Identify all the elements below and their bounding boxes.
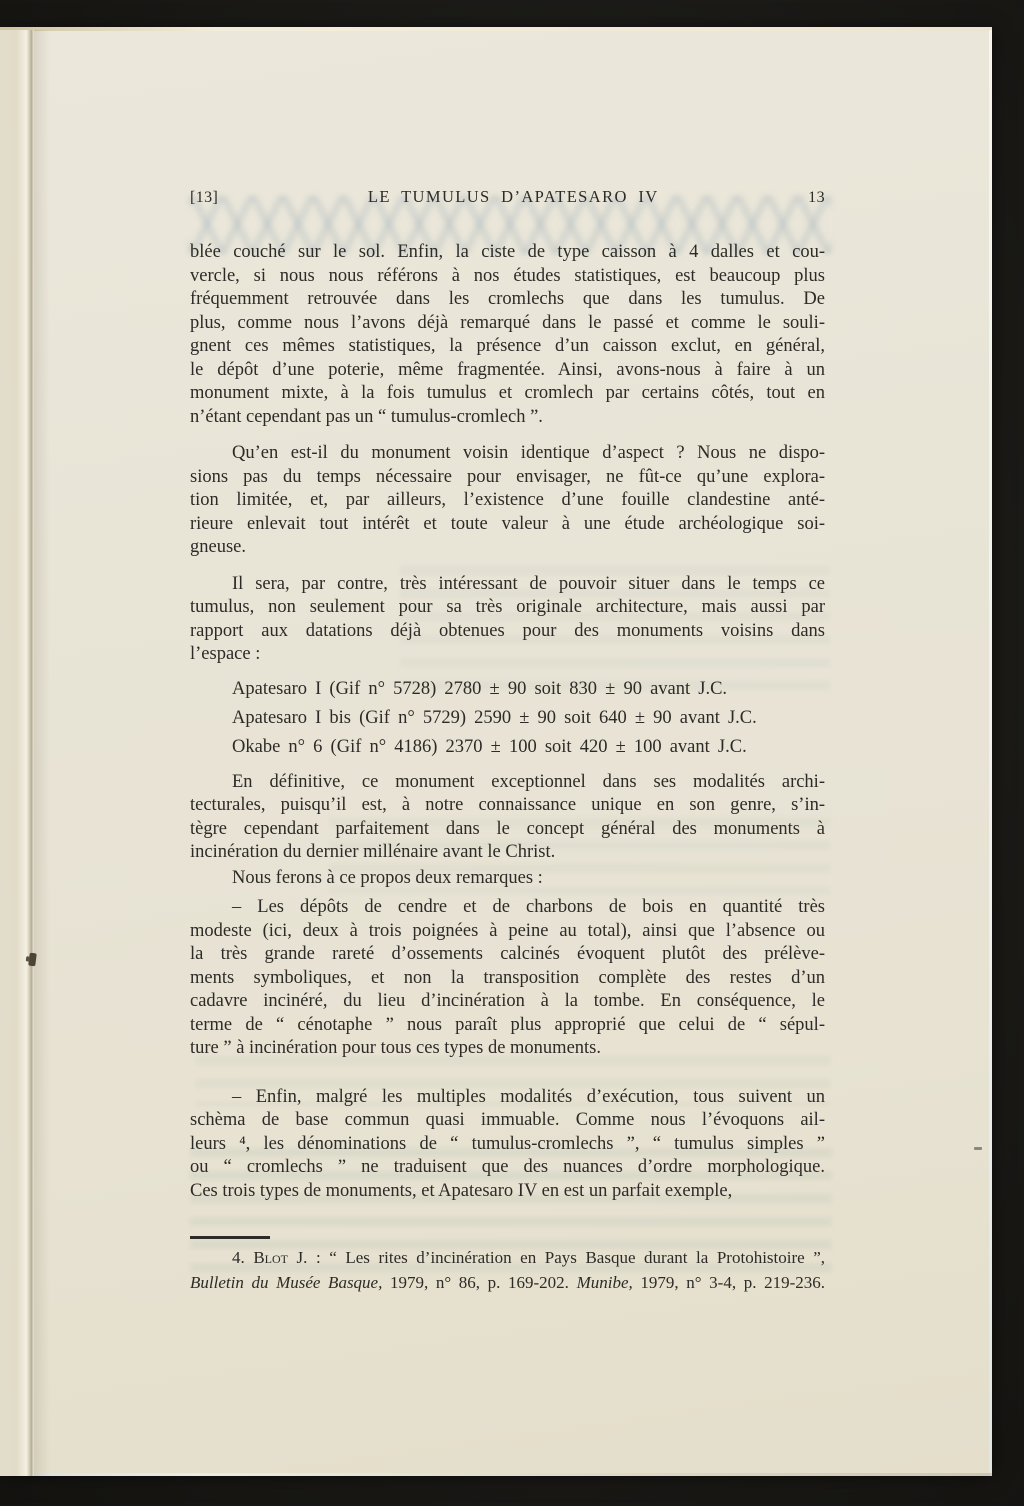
text-line: n’étant cependant pas un “ tumulus-croml… [190,406,825,430]
text-line: – Les dépôts de cendre et de charbons de… [190,896,825,920]
text-line: l’espace : [190,643,825,667]
footnote-line: Bulletin du Musée Basque, 1979, n° 86, p… [190,1271,825,1296]
paper-blemish [974,1147,982,1150]
text-line: rieure enlevait tout intérêt et toute va… [190,513,825,537]
footnote-rule [190,1236,270,1239]
body-paragraph: – Enfin, malgré les multiples modalités … [190,1086,825,1204]
text-line: le dépôt d’une poterie, même fragmentée.… [190,359,825,383]
page-body-text: blée couché sur le sol. Enfin, la ciste … [190,241,825,1203]
footnote-marker: 4. [232,1248,245,1267]
text-line: – Enfin, malgré les multiples modalités … [190,1086,825,1110]
text-line: vercle, si nous nous référons à nos étud… [190,265,825,289]
text-line: tecturales, puisqu’il est, à notre conna… [190,794,825,818]
footnote: 4. Blot J. : “ Les rites d’incinération … [190,1246,825,1295]
footnote-reference: 1979, n° 3-4, p. 219-236. [640,1273,825,1292]
text-line: rapport aux datations déjà obtenues pour… [190,620,825,644]
text-line: Nous ferons à ce propos deux remarques : [190,867,825,891]
binding-gutter [0,30,34,1476]
text-line: gnent ces mêmes statistiques, la présenc… [190,335,825,359]
body-paragraph: Qu’en est-il du monument voisin identiqu… [190,442,825,560]
page-number: 13 [808,187,825,209]
footnote-author: Blot [253,1248,288,1267]
datation-list: Apatesaro I (Gif n° 5728) 2780 ± 90 soit… [190,675,825,762]
body-paragraph: – Les dépôts de cendre et de charbons de… [190,896,825,1061]
body-paragraph: Nous ferons à ce propos deux remarques : [190,867,825,891]
text-line: Okabe n° 6 (Gif n° 4186) 2370 ± 100 soit… [190,733,825,762]
text-line: Ces trois types de monuments, et Apatesa… [190,1180,825,1204]
text-line: tègre cependant parfaitement dans le con… [190,818,825,842]
footnote-line: 4. Blot J. : “ Les rites d’incinération … [190,1246,825,1271]
text-line: schèma de base commun quasi immuable. Co… [190,1109,825,1133]
footnote-quote: “ Les rites d’incinération en Pays Basqu… [329,1248,825,1267]
text-line: Il sera, par contre, très intéressant de… [190,573,825,597]
text-line: gneuse. [190,536,825,560]
body-paragraph: Il sera, par contre, très intéressant de… [190,573,825,667]
text-line: Apatesaro I bis (Gif n° 5729) 2590 ± 90 … [190,704,825,733]
footnote-reference: 1979, n° 86, p. 169-202. [390,1273,569,1292]
footnote-source: Munibe, [577,1273,633,1292]
text-line: ments symboliques, et non la transpositi… [190,967,825,991]
text-line: Qu’en est-il du monument voisin identiqu… [190,442,825,466]
text-line: sions pas du temps nécessaire pour envis… [190,466,825,490]
text-line: Apatesaro I (Gif n° 5728) 2780 ± 90 soit… [190,675,825,704]
page-right-edge [989,30,992,1476]
footnote-author-initial: J. : [297,1248,321,1267]
text-column: [13] LE TUMULUS D’APATESARO IV 13 blée c… [190,186,825,1295]
text-line: ture ” à incinération pour tous ces type… [190,1037,825,1061]
footnote-source: Bulletin du Musée Basque, [190,1273,382,1292]
text-line: la très grande rareté d’ossements calcin… [190,943,825,967]
page-top-edge [0,27,992,31]
body-paragraph: blée couché sur le sol. Enfin, la ciste … [190,241,825,429]
text-line: tion limitée, et, par ailleurs, l’existe… [190,489,825,513]
body-paragraph: En définitive, ce monument exceptionnel … [190,771,825,865]
page-header: [13] LE TUMULUS D’APATESARO IV 13 [190,186,825,209]
text-line: plus, comme nous l’avons déjà remarqué d… [190,312,825,336]
text-line: monument mixte, à la fois tumulus et cro… [190,382,825,406]
text-line: leurs ⁴, les dénominations de “ tumulus-… [190,1133,825,1157]
text-line: incinération du dernier millénaire avant… [190,841,825,865]
text-line: fréquemment retrouvée dans les cromlechs… [190,288,825,312]
text-line: tumulus, non seulement pour sa très orig… [190,596,825,620]
text-line: ou “ cromlechs ” ne traduisent que des n… [190,1156,825,1180]
running-title: LE TUMULUS D’APATESARO IV [368,186,659,208]
gutter-shadow [34,30,50,1476]
text-line: cadavre incinéré, du lieu d’incinération… [190,990,825,1014]
text-line: terme de “ cénotaphe ” nous paraît plus … [190,1014,825,1038]
text-line: modeste (ici, deux à trois poignées à pe… [190,920,825,944]
page-bottom-edge [0,1473,992,1476]
folio-marker: [13] [190,187,218,209]
text-line: blée couché sur le sol. Enfin, la ciste … [190,241,825,265]
text-line: En définitive, ce monument exceptionnel … [190,771,825,795]
